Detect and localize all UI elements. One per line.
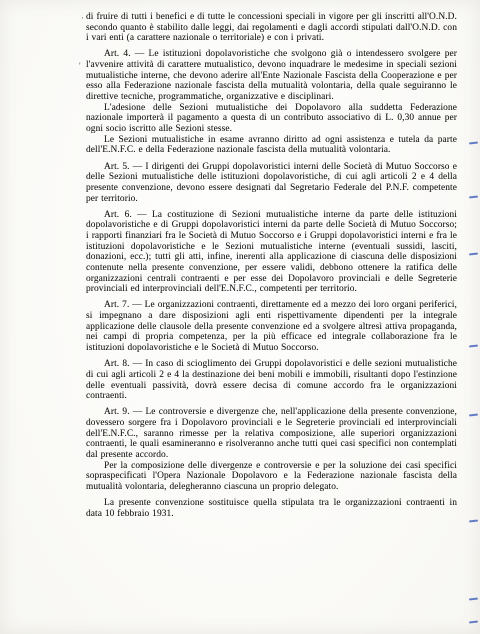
pen-mark	[469, 597, 478, 600]
text-column: di fruire di tutti i benefici e di tutte…	[86, 12, 457, 519]
paragraph-art-4: Art. 4. — Le istituzioni dopolavoristich…	[86, 49, 457, 102]
pen-mark	[469, 252, 478, 255]
paragraph-continuation: di fruire di tutti i benefici e di tutte…	[86, 12, 457, 44]
ink-speck: '	[79, 62, 81, 71]
paragraph-art-7: Art. 7. — Le organizzazioni contraenti, …	[86, 300, 457, 353]
paragraph-art-5: Art. 5. — I dirigenti dei Gruppi dopolav…	[86, 162, 457, 205]
paragraph-closing: La presente convenzione sostituisce quel…	[86, 498, 457, 519]
paragraph-art-9: Art. 9. — Le controversie e divergenze c…	[86, 407, 457, 460]
pen-mark	[469, 413, 478, 416]
paragraph-art-4-sub-2: Le Sezioni mutualistiche in esame avrann…	[86, 135, 457, 156]
pen-mark	[469, 141, 478, 144]
paragraph-art-6: Art. 6. — La costituzione di Sezioni mut…	[86, 210, 457, 295]
paragraph-art-4-sub-1: L'adesione delle Sezioni mutualistiche d…	[86, 103, 457, 135]
paragraph-art-9-sub-1: Per la composizione delle divergenze e c…	[86, 461, 457, 493]
paragraph-art-8: Art. 8. — In caso di scioglimento dei Gr…	[86, 359, 457, 402]
document-page: di fruire di tutti i benefici e di tutte…	[0, 0, 480, 634]
pen-mark	[469, 344, 478, 347]
ink-speck: ·	[81, 14, 84, 23]
pen-mark	[469, 195, 478, 198]
pen-mark	[469, 519, 478, 522]
pen-mark	[469, 620, 478, 623]
